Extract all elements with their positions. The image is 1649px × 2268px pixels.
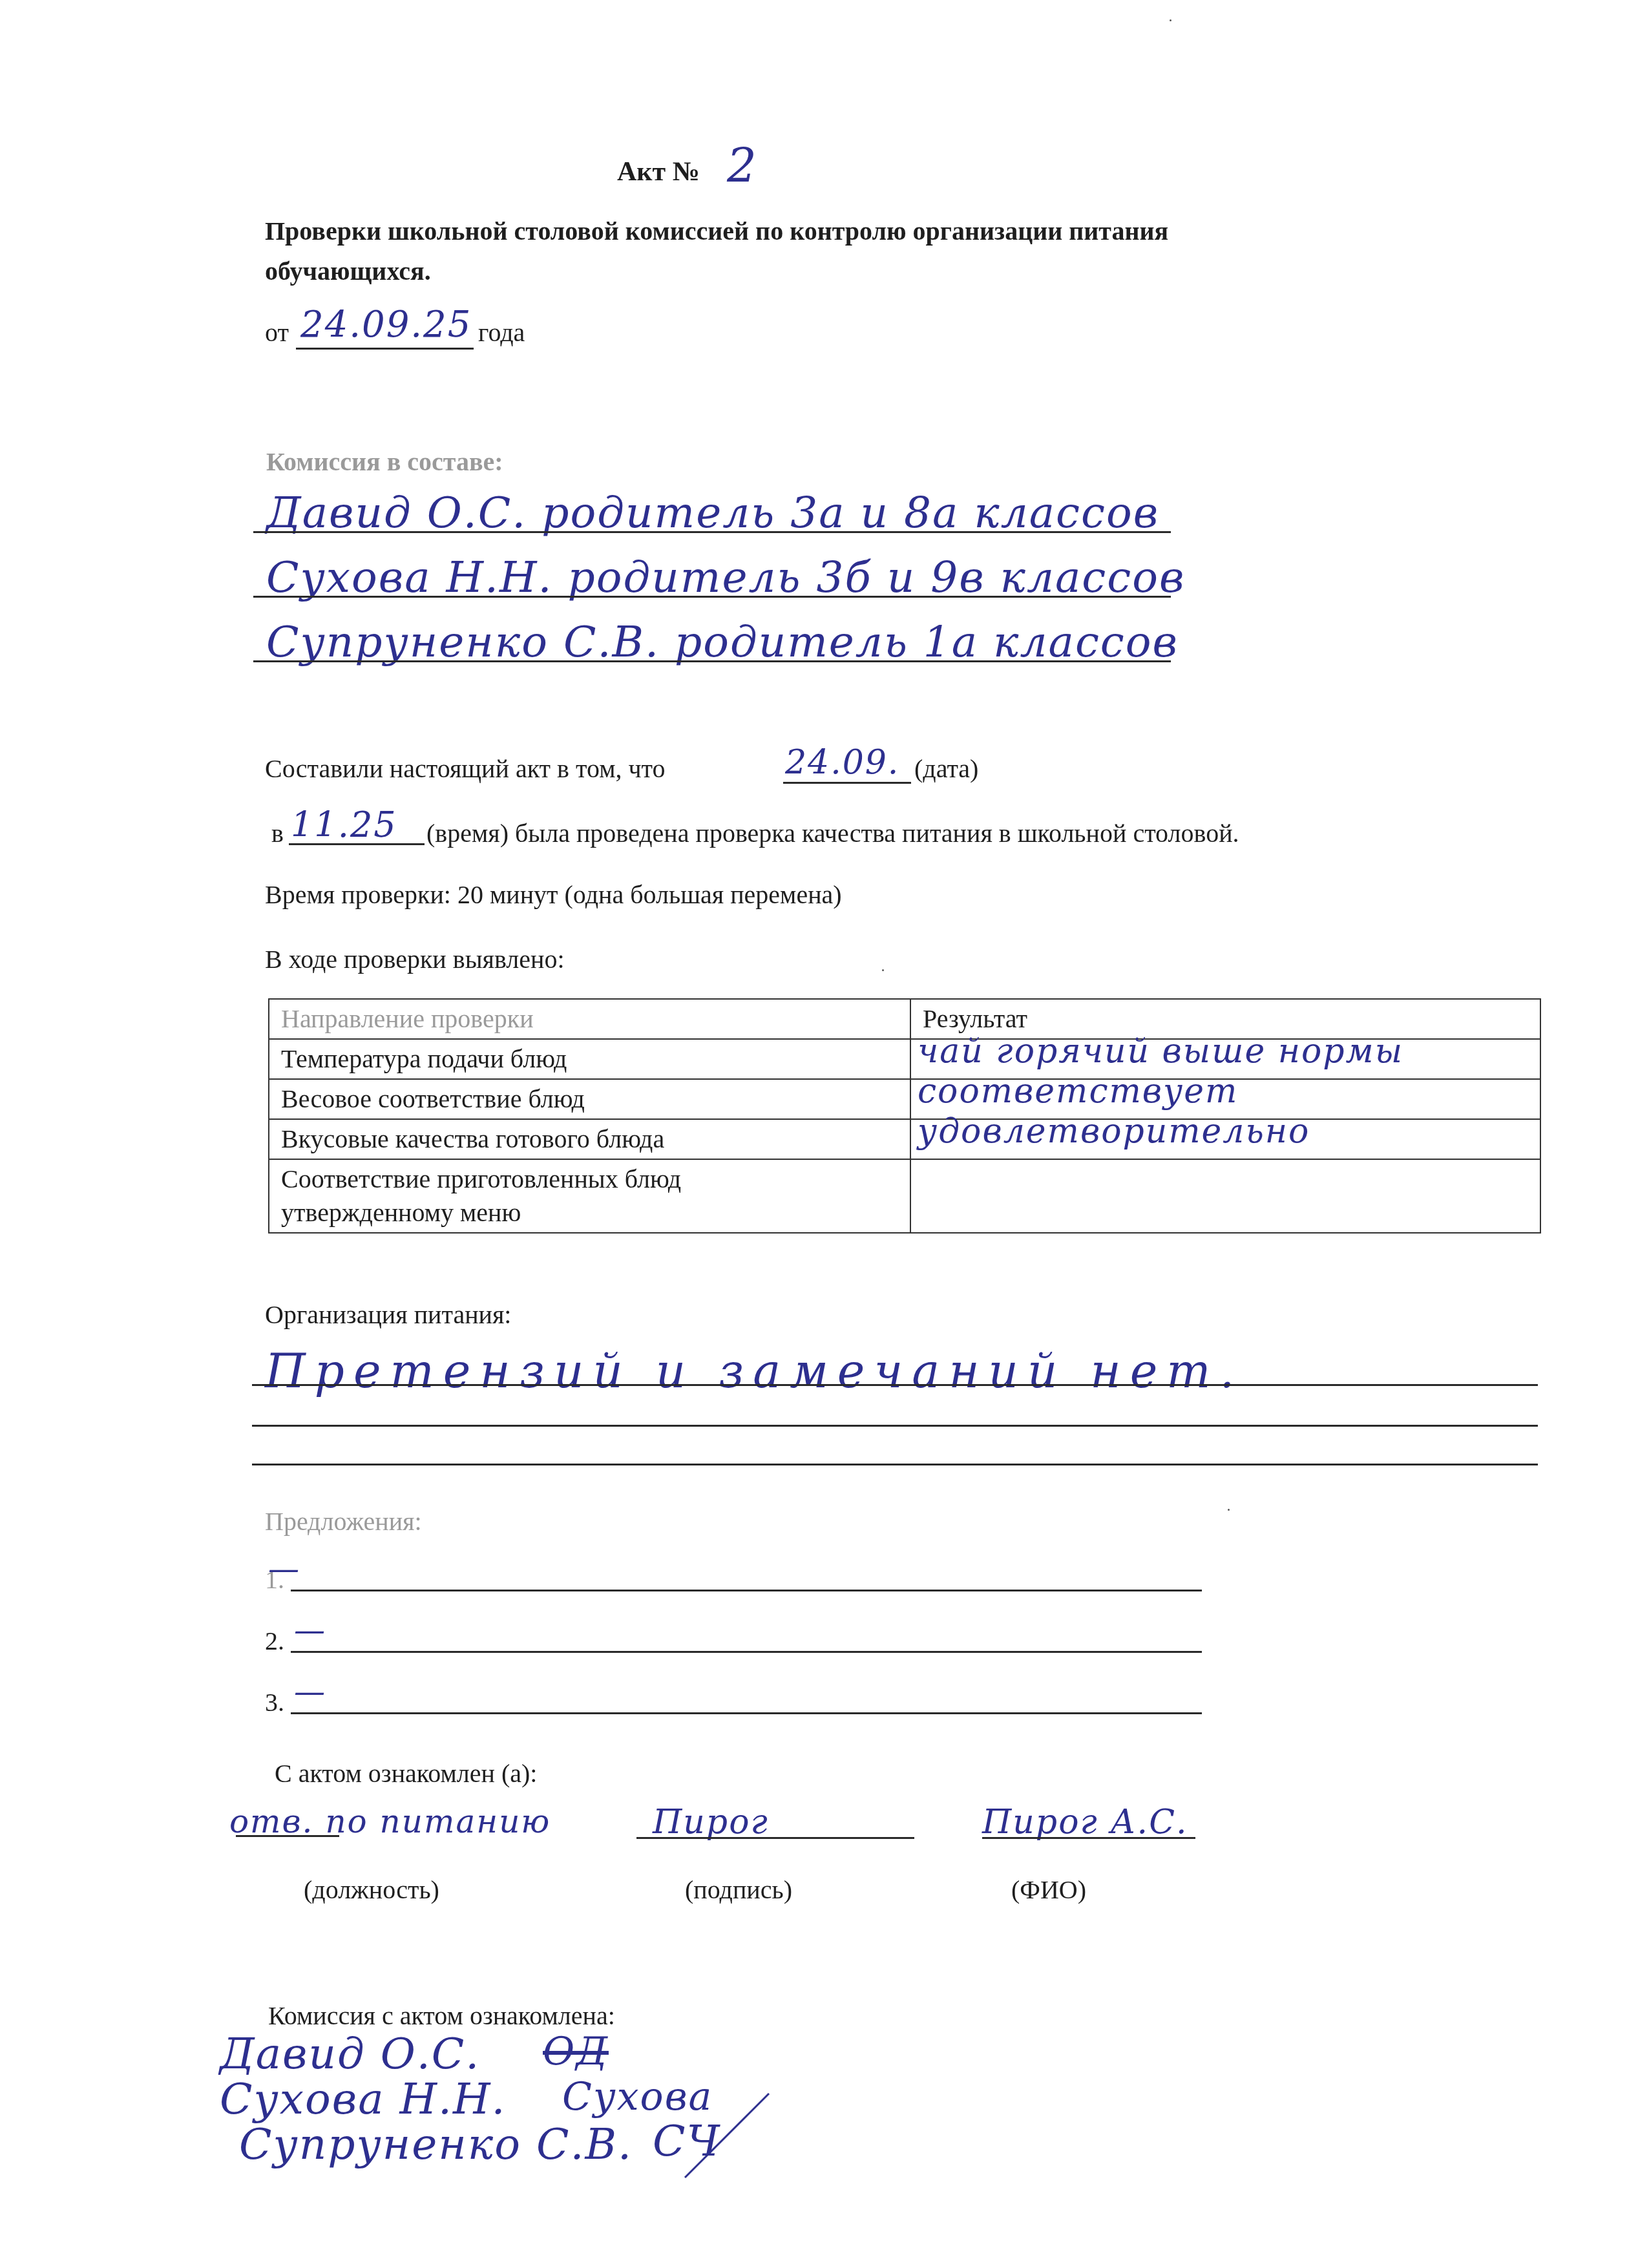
act-label: Акт №	[617, 158, 700, 185]
proposals-label: Предложения:	[265, 1509, 422, 1535]
name-underline	[982, 1837, 1195, 1839]
commission-member: Сухова Н.Н. родитель 3б и 9в классов	[266, 552, 1185, 602]
findings-label: В ходе проверки выявлено:	[265, 947, 565, 972]
criterion-cell: Температура подачи блюд	[269, 1039, 910, 1079]
criterion-cell: Весовое соответствие блюд	[269, 1079, 910, 1119]
table-row: Соответствие приготовленных блюд утвержд…	[269, 1159, 1540, 1233]
signature-underline	[636, 1837, 914, 1839]
inspection-date: 24.09.	[785, 743, 899, 782]
inspection-date-underline	[783, 782, 911, 784]
inspection-time-underline	[289, 843, 425, 845]
statement-line2-prefix: в	[271, 821, 284, 846]
proposal-value: —	[294, 1612, 326, 1648]
result-value: удовлетворительно	[918, 1115, 1310, 1148]
member-underline	[253, 660, 1171, 662]
acknowledged-label: С актом ознакомлен (а):	[275, 1761, 537, 1787]
commission-member: Супруненко С.В. родитель 1а классов	[266, 617, 1179, 667]
inspection-table: Направление проверки Результат Температу…	[268, 998, 1541, 1234]
act-number: 2	[727, 139, 758, 193]
act-date: 24.09.25	[300, 304, 472, 346]
commission-ack-name: Сухова Н.Н.	[220, 2074, 507, 2124]
criterion-line: Соответствие приготовленных блюд	[281, 1162, 898, 1196]
document-title-line2: обучающихся.	[265, 258, 431, 284]
proposal-line	[291, 1651, 1202, 1653]
proposal-line	[291, 1712, 1202, 1714]
result-cell: удовлетворительно	[910, 1119, 1540, 1159]
result-cell	[910, 1159, 1540, 1233]
proposal-value: —	[268, 1551, 300, 1587]
criterion-cell: Вкусовые качества готового блюда	[269, 1119, 910, 1159]
document-title-line1: Проверки школьной столовой комиссией по …	[265, 218, 1168, 244]
statement-line1-suffix: (дата)	[914, 756, 978, 782]
proposal-number: 2.	[265, 1628, 284, 1654]
caption-position: (должность)	[304, 1877, 439, 1903]
commission-ack-signature: ОД	[543, 2029, 609, 2074]
scan-speck	[1170, 19, 1171, 21]
statement-line2-suffix: (время) была проведена проверка качества…	[426, 821, 1239, 846]
commission-ack-label: Комиссия с актом ознакомлена:	[268, 2003, 615, 2029]
name-value: Пирог А.С.	[982, 1803, 1188, 1842]
position-underline	[236, 1835, 339, 1837]
caption-signature: (подпись)	[685, 1877, 792, 1903]
commission-label: Комиссия в составе:	[266, 449, 503, 475]
member-underline	[253, 531, 1171, 533]
criterion-line: утвержденному меню	[281, 1196, 898, 1230]
signature-value: Пирог	[653, 1803, 769, 1842]
inspection-duration: Время проверки: 20 минут (одна большая п…	[265, 882, 842, 908]
member-underline	[253, 596, 1171, 598]
table-row: Весовое соответствие блюд соответствует	[269, 1079, 1540, 1119]
commission-ack-name: Давид О.С.	[220, 2029, 480, 2079]
table-row: Вкусовые качества готового блюда удовлет…	[269, 1119, 1540, 1159]
organization-line	[252, 1464, 1538, 1465]
criterion-cell: Соответствие приготовленных блюд утвержд…	[269, 1159, 910, 1233]
proposal-value: —	[294, 1674, 326, 1710]
signature-stroke-icon	[672, 2087, 775, 2184]
table-row: Температура подачи блюд чай горячий выше…	[269, 1039, 1540, 1079]
organization-label: Организация питания:	[265, 1302, 511, 1328]
inspection-time: 11.25	[291, 804, 397, 845]
date-prefix: от	[265, 320, 289, 346]
result-value: соответствует	[918, 1075, 1238, 1108]
date-suffix: года	[478, 320, 525, 346]
statement-line1-prefix: Составили настоящий акт в том, что	[265, 756, 666, 782]
organization-line	[252, 1384, 1538, 1386]
result-value: чай горячий выше нормы	[918, 1034, 1403, 1068]
commission-ack-name: Супруненко С.В.	[239, 2119, 633, 2169]
act-date-underline	[296, 348, 474, 350]
scan-speck	[1228, 1509, 1230, 1511]
table-header-criterion: Направление проверки	[269, 999, 910, 1039]
scan-speck	[882, 969, 884, 971]
caption-name: (ФИО)	[1011, 1877, 1086, 1903]
commission-member: Давид О.С. родитель 3а и 8а классов	[266, 488, 1159, 538]
proposal-line	[291, 1590, 1202, 1591]
organization-value: Претензий и замечаний нет.	[265, 1344, 1243, 1398]
organization-line	[252, 1425, 1538, 1427]
proposal-number: 3.	[265, 1690, 284, 1716]
